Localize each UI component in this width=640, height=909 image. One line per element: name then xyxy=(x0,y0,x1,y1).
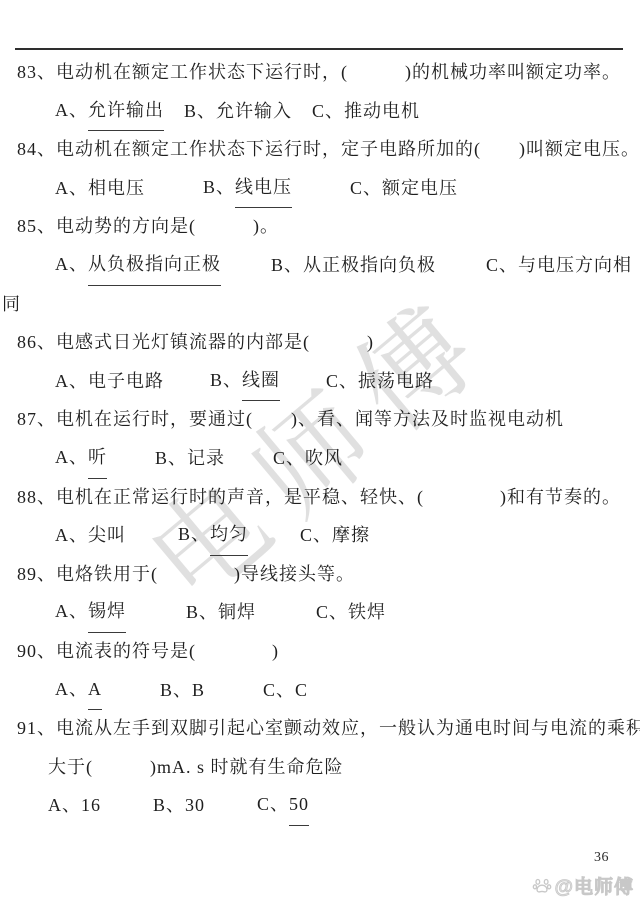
question-line: 84、电动机在额定工作状态下运行时，定子电路所加的( )叫额定电压。 xyxy=(0,130,640,169)
options-row: A、电子电路B、线圈C、振荡电路 xyxy=(0,362,640,401)
option: A、A xyxy=(55,670,102,711)
option-text: 振荡电路 xyxy=(358,362,434,401)
option-text-answer: 允许输出 xyxy=(88,91,164,132)
option: A、相电压 xyxy=(55,169,145,208)
option-text: 16 xyxy=(81,786,101,825)
question-line: 88、电机在正常运行时的声音，是平稳、轻快、( )和有节奏的。 xyxy=(0,478,640,517)
option-label: B、 xyxy=(271,246,303,285)
option: B、允许输入 xyxy=(184,92,292,131)
option: C、额定电压 xyxy=(350,169,458,208)
option-text-answer: 50 xyxy=(289,785,309,826)
option-label: C、 xyxy=(263,671,295,710)
option-text: 记录 xyxy=(187,439,225,478)
option-text-answer: 线电压 xyxy=(235,168,292,209)
option-label: C、 xyxy=(486,246,518,285)
option-text: 从正极指向负极 xyxy=(303,246,436,285)
option: C、吹风 xyxy=(273,439,343,478)
option-label: A、 xyxy=(55,592,88,633)
option-text-answer: 均匀 xyxy=(210,515,248,556)
option-text-answer: 线圈 xyxy=(242,361,280,402)
option-label: A、 xyxy=(48,786,81,825)
option: C、C xyxy=(263,671,308,710)
option-text-answer: A xyxy=(88,670,102,711)
option-label: B、 xyxy=(210,361,242,402)
option: B、从正极指向负极 xyxy=(271,246,436,285)
question-number: 90、 xyxy=(17,632,56,671)
option-label: A、 xyxy=(55,169,88,208)
option-text-answer: 锡焊 xyxy=(88,592,126,633)
option-label: C、 xyxy=(326,362,358,401)
option-text: 允许输入 xyxy=(216,92,292,131)
option-text: 尖叫 xyxy=(88,516,126,555)
question-line: 86、电感式日光灯镇流器的内部是( ) xyxy=(0,323,640,362)
option: A、16 xyxy=(48,786,101,825)
option: A、允许输出 xyxy=(55,91,164,132)
option-text: 铜焊 xyxy=(218,593,256,632)
option-text-continuation: 同 xyxy=(0,285,640,324)
option: A、锡焊 xyxy=(55,592,126,633)
option: B、线电压 xyxy=(203,168,292,209)
option-label: B、 xyxy=(203,168,235,209)
question-text: 电感式日光灯镇流器的内部是( ) xyxy=(56,332,374,352)
corner-watermark: @电师傅 xyxy=(532,872,634,899)
question-line: 91、电流从左手到双脚引起心室颤动效应，一般认为通电时间与电流的乘积 xyxy=(0,709,640,748)
option-text: 电子电路 xyxy=(88,362,164,401)
option-label: A、 xyxy=(55,91,88,132)
option-text: 铁焊 xyxy=(348,593,386,632)
options-row: A、锡焊B、铜焊C、铁焊 xyxy=(0,593,640,632)
question-line: 89、电烙铁用于( )导线接头等。 xyxy=(0,555,640,594)
option: C、摩擦 xyxy=(300,516,370,555)
question-number: 88、 xyxy=(17,478,56,517)
option-label: A、 xyxy=(55,438,88,479)
option: B、线圈 xyxy=(210,361,280,402)
option-text: 额定电压 xyxy=(382,169,458,208)
question-number: 87、 xyxy=(17,400,56,439)
option-label: A、 xyxy=(55,245,88,286)
options-row: A、相电压B、线电压C、额定电压 xyxy=(0,169,640,208)
question-number: 84、 xyxy=(17,130,56,169)
option-label: B、 xyxy=(178,515,210,556)
option-label: C、 xyxy=(316,593,348,632)
option-label: B、 xyxy=(153,786,185,825)
question-number: 91、 xyxy=(17,709,56,748)
option-text: 与电压方向相 xyxy=(518,246,632,285)
option: C、振荡电路 xyxy=(326,362,434,401)
option: B、记录 xyxy=(155,439,225,478)
option: A、听 xyxy=(55,438,107,479)
question-line: 87、电机在运行时，要通过( )、看、闻等方法及时监视电动机 xyxy=(0,400,640,439)
option: A、电子电路 xyxy=(55,362,164,401)
document-page: 电师傅 83、电动机在额定工作状态下运行时，( )的机械功率叫额定功率。A、允许… xyxy=(0,0,640,909)
option: B、B xyxy=(160,671,205,710)
options-row: A、16B、30C、50 xyxy=(0,786,640,825)
question-line: 90、电流表的符号是( ) xyxy=(0,632,640,671)
options-row: A、AB、BC、C xyxy=(0,671,640,710)
question-text: 电动势的方向是( )。 xyxy=(56,216,279,236)
option-label: B、 xyxy=(160,671,192,710)
question-text: 电流表的符号是( ) xyxy=(56,641,279,661)
option-label: C、 xyxy=(273,439,305,478)
option: B、30 xyxy=(153,786,205,825)
question-text: 电动机在额定工作状态下运行时，定子电路所加的( )叫额定电压。 xyxy=(56,139,640,159)
option-label: B、 xyxy=(186,593,218,632)
option-text-answer: 从负极指向正极 xyxy=(88,245,221,286)
option: C、与电压方向相 xyxy=(486,246,632,285)
question-text: 电流从左手到双脚引起心室颤动效应，一般认为通电时间与电流的乘积 xyxy=(56,718,640,738)
option-label: B、 xyxy=(184,92,216,131)
option-label: C、 xyxy=(350,169,382,208)
question-text-continuation: 大于( )mA. s 时就有生命危险 xyxy=(0,748,640,787)
option: B、均匀 xyxy=(178,515,248,556)
option: A、从负极指向正极 xyxy=(55,245,221,286)
corner-watermark-text: @电师傅 xyxy=(554,872,634,899)
option: B、铜焊 xyxy=(186,593,256,632)
question-line: 85、电动势的方向是( )。 xyxy=(0,207,640,246)
option-label: A、 xyxy=(55,516,88,555)
options-row: A、听B、记录C、吹风 xyxy=(0,439,640,478)
option-text: 推动电机 xyxy=(344,92,420,131)
header-rule xyxy=(15,48,623,50)
option: C、推动电机 xyxy=(312,92,420,131)
option-text: B xyxy=(192,671,205,710)
option-label: C、 xyxy=(300,516,332,555)
option-text: 30 xyxy=(185,786,205,825)
options-row: A、从负极指向正极B、从正极指向负极C、与电压方向相 xyxy=(0,246,640,285)
question-text: 电机在正常运行时的声音，是平稳、轻快、( )和有节奏的。 xyxy=(56,487,621,507)
option-label: A、 xyxy=(55,362,88,401)
option-label: C、 xyxy=(312,92,344,131)
option-label: B、 xyxy=(155,439,187,478)
question-list: 83、电动机在额定工作状态下运行时，( )的机械功率叫额定功率。A、允许输出B、… xyxy=(0,53,640,825)
question-text: 电动机在额定工作状态下运行时，( )的机械功率叫额定功率。 xyxy=(56,62,621,82)
page-number: 36 xyxy=(594,850,609,866)
options-row: A、尖叫B、均匀C、摩擦 xyxy=(0,516,640,555)
question-text: 电烙铁用于( )导线接头等。 xyxy=(56,564,355,584)
question-number: 83、 xyxy=(17,53,56,92)
option-text-answer: 听 xyxy=(88,438,107,479)
option-text: 吹风 xyxy=(305,439,343,478)
option-text: 相电压 xyxy=(88,169,145,208)
paw-icon xyxy=(532,876,552,896)
option: C、50 xyxy=(257,785,309,826)
option: C、铁焊 xyxy=(316,593,386,632)
option-text: C xyxy=(295,671,308,710)
option: A、尖叫 xyxy=(55,516,126,555)
question-number: 85、 xyxy=(17,207,56,246)
question-number: 89、 xyxy=(17,555,56,594)
question-text: 电机在运行时，要通过( )、看、闻等方法及时监视电动机 xyxy=(56,409,564,429)
option-label: A、 xyxy=(55,670,88,711)
option-text: 摩擦 xyxy=(332,516,370,555)
option-label: C、 xyxy=(257,785,289,826)
question-line: 83、电动机在额定工作状态下运行时，( )的机械功率叫额定功率。 xyxy=(0,53,640,92)
options-row: A、允许输出B、允许输入C、推动电机 xyxy=(0,92,640,131)
question-number: 86、 xyxy=(17,323,56,362)
